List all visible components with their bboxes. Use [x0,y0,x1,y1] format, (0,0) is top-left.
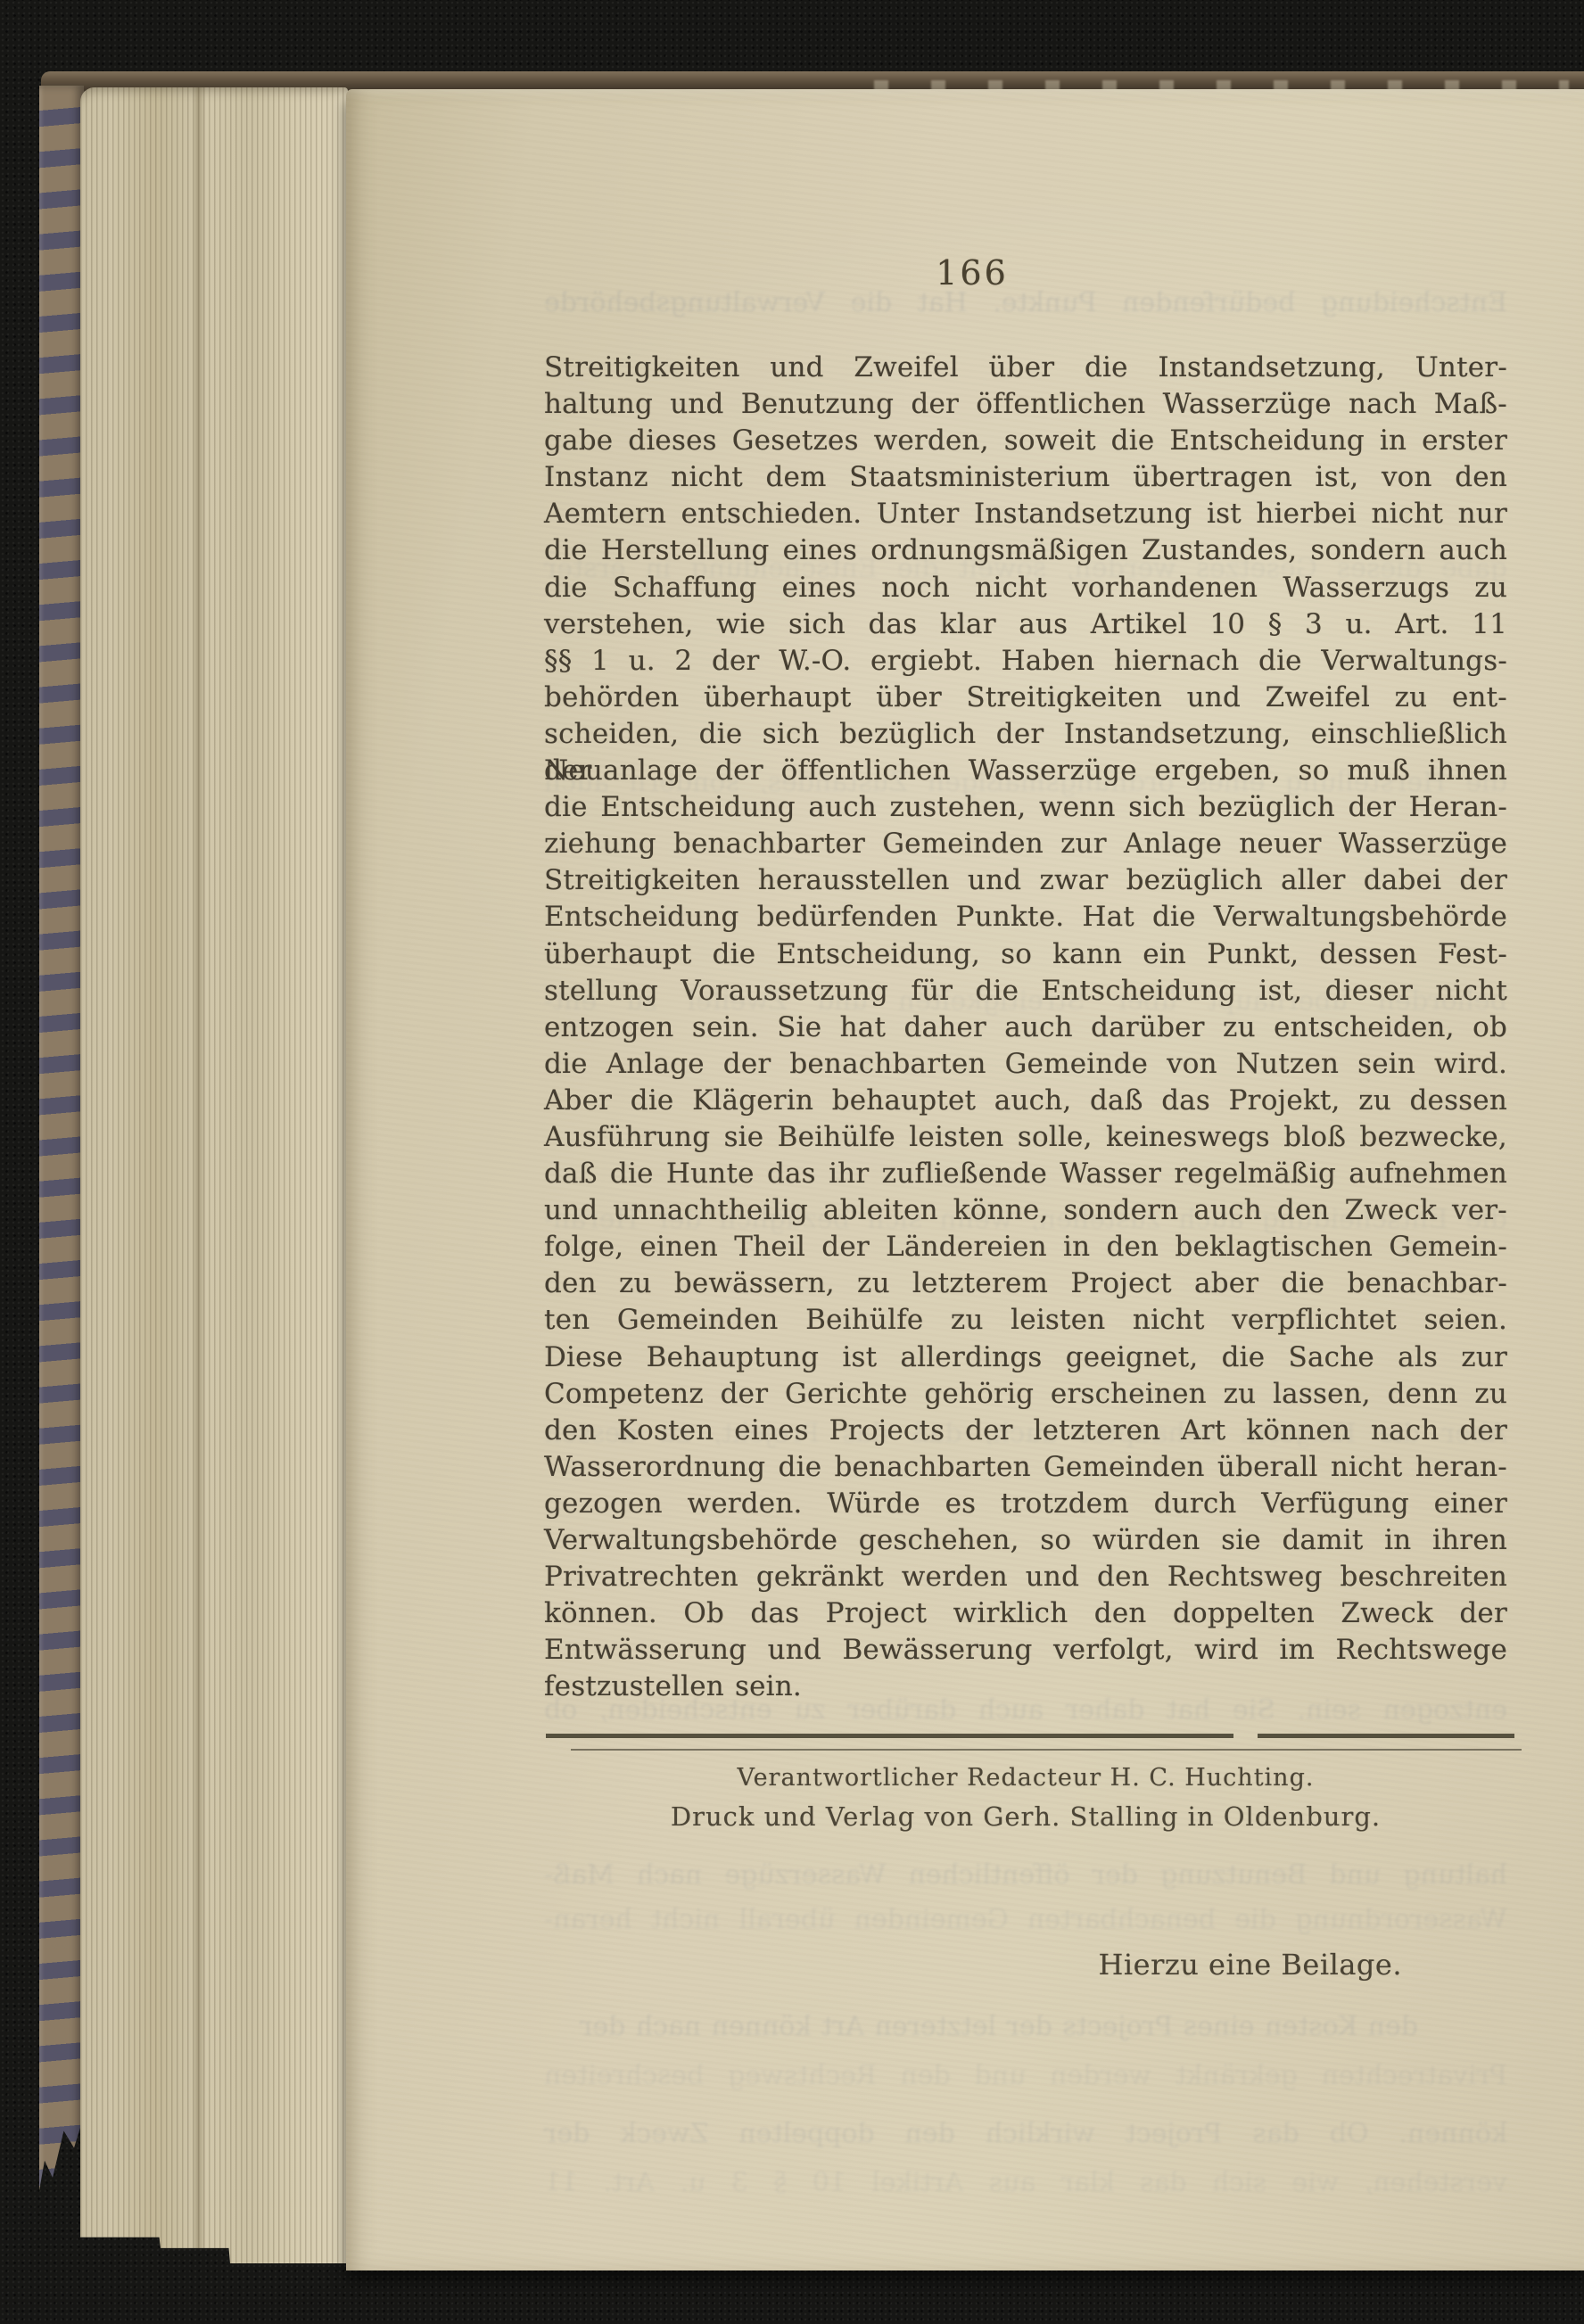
text-line: und unnachtheilig ableiten könne, sonder… [544,1192,1507,1229]
bleed-through-line: Wasserordnung die benachbarten Gemeinden… [544,1904,1507,1936]
text-line: die Schaffung eines noch nicht vorhanden… [544,570,1507,606]
text-line: gabe dieses Gesetzes werden, soweit die … [544,423,1507,459]
text-line: festzustellen sein. [544,1669,1507,1705]
text-line: Diese Behauptung ist allerdings geeignet… [544,1339,1507,1376]
text-line: stellung Voraussetzung für die Entscheid… [544,973,1507,1010]
text-line: Privatrechten gekränkt werden und den Re… [544,1559,1507,1595]
text-line: den Kosten eines Projects der letzteren … [544,1413,1507,1449]
text-line: Aemtern entschieden. Unter Instandsetzun… [544,496,1507,532]
bleed-through-line: den Kosten eines Projects der letzteren … [580,2011,1418,2043]
text-line: §§ 1 u. 2 der W.-O. ergiebt. Haben hiern… [544,643,1507,680]
scanned-book-page: Entscheidung bedürfenden Punkte. Hat die… [0,0,1584,2324]
imprint-publisher-line: Druck und Verlag von Gerh. Stalling in O… [544,1801,1507,1832]
text-line: Aber die Klägerin behauptet auch, daß da… [544,1083,1507,1119]
bleed-through-line: haltung und Benutzung der öffentlichen W… [544,1859,1507,1891]
supplement-note: Hierzu eine Beilage. [544,1948,1507,1982]
page-number: 166 [491,253,1454,293]
text-line: überhaupt die Entscheidung, so kann ein … [544,936,1507,973]
text-line: Wasserordnung die benachbarten Gemeinden… [544,1449,1507,1486]
text-line: die Entscheidung auch zustehen, wenn sic… [544,789,1507,826]
text-line: ziehung benachbarter Gemeinden zur Anlag… [544,826,1507,862]
text-line: den zu bewässern, zu letzterem Project a… [544,1265,1507,1302]
text-line: die Herstellung eines ordnungsmäßigen Zu… [544,532,1507,569]
text-line: Instanz nicht dem Staatsministerium über… [544,459,1507,496]
separator-rule-top [546,1734,1514,1738]
text-line: die Anlage der benachbarten Gemeinde von… [544,1046,1507,1083]
text-line: gezogen werden. Würde es trotzdem durch … [544,1486,1507,1522]
text-line: scheiden, die sich bezüglich der Instand… [544,716,1507,753]
text-line: entzogen sein. Sie hat daher auch darübe… [544,1010,1507,1046]
text-line: Competenz der Gerichte gehörig erscheine… [544,1376,1507,1413]
text-line: Verwaltungsbehörde geschehen, so würden … [544,1522,1507,1559]
text-line: Streitigkeiten und Zweifel über die Inst… [544,350,1507,386]
bleed-through-line: Privatrechten gekränkt werden und den Re… [544,2060,1507,2092]
text-line: daß die Hunte das ihr zufließende Wasser… [544,1156,1507,1192]
page-edge-stack [80,87,348,2263]
text-line: Streitigkeiten herausstellen und zwar be… [544,862,1507,899]
text-line: Entscheidung bedürfenden Punkte. Hat die… [544,899,1507,935]
text-line: Entwässerung und Bewässerung verfolgt, w… [544,1632,1507,1669]
separator-rule-bottom [571,1749,1522,1751]
text-line: behörden überhaupt über Streitigkeiten u… [544,680,1507,716]
text-line: verstehen, wie sich das klar aus Artikel… [544,606,1507,643]
bleed-through-line: können. Ob das Project wirklich den dopp… [544,2118,1507,2150]
imprint-editor-line: Verantwortlicher Redacteur H. C. Huchtin… [544,1764,1507,1792]
text-line: ten Gemeinden Beihülfe zu leisten nicht … [544,1302,1507,1339]
book-page: Entscheidung bedürfenden Punkte. Hat die… [346,89,1584,2270]
text-line: haltung und Benutzung der öffentlichen W… [544,386,1507,423]
bleed-through-line: verstehen, wie sich das klar aus Artikel… [544,2167,1507,2199]
text-line: folge, einen Theil der Ländereien in den… [544,1229,1507,1265]
body-text: Streitigkeiten und Zweifel über die Inst… [544,350,1507,1705]
text-line: Ausführung sie Beihülfe leisten solle, k… [544,1119,1507,1156]
book-cover-marbled-edge [39,86,84,2212]
text-line: Neuanlage der öffentlichen Wasserzüge er… [544,753,1507,789]
text-line: können. Ob das Project wirklich den dopp… [544,1595,1507,1632]
